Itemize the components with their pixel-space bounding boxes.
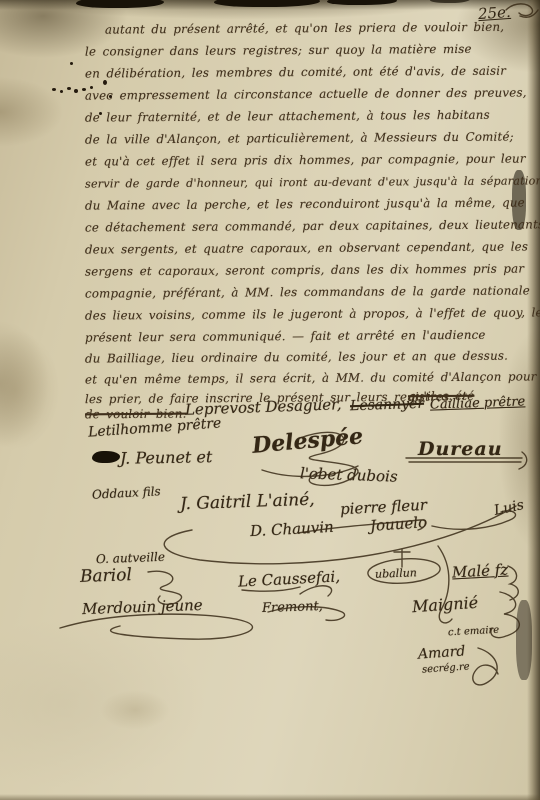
signature-amard: Amard: [417, 643, 465, 662]
manuscript-line: en délibération, les membres du comité, …: [85, 64, 533, 80]
signature-fremont: Fremont,: [262, 599, 323, 616]
paper-stain: [0, 330, 60, 450]
edge-stain: [516, 600, 532, 680]
ink-speck: [74, 89, 78, 93]
ink-blot: [92, 451, 120, 463]
signature-gaitril: J. Gaitril L'ainé,: [180, 490, 315, 515]
manuscript-line: sergens et caporaux, seront compris, dan…: [85, 262, 533, 278]
ink-speck: [70, 62, 73, 65]
signature-cailliae: Cailliae prêtre: [430, 394, 526, 412]
signature-chauvin: D. Chauvin: [250, 518, 335, 540]
signature-autveille: O. autveille: [96, 550, 165, 566]
signature-oddaux: Oddaux fils: [92, 484, 161, 502]
signature-uballun: uballun: [375, 566, 417, 580]
manuscript-line: le consigner dans leurs registres; sur q…: [85, 42, 533, 58]
signature-lobet-dubois: l'obet dubois: [300, 464, 398, 485]
signature-bariol: Bariol: [80, 565, 133, 587]
manuscript-line: ce détachement sera commandé, par deux c…: [85, 218, 533, 234]
manuscript-line: autant du présent arrêté, et qu'on les p…: [105, 20, 540, 36]
signature-jouuelo: Jouuelo: [369, 513, 427, 535]
signature-delespee: Delespée: [251, 423, 364, 459]
paper-stain: [100, 690, 170, 730]
signature-male: Malé fz: [452, 561, 509, 582]
ink-speck: [60, 90, 63, 93]
signature-merdouin: Merdouin jeune: [82, 596, 203, 618]
signature-caussefai: Le Caussefai,: [238, 567, 341, 590]
manuscript-line: et qu'en même temps, il sera écrit, à MM…: [85, 370, 533, 386]
signature-dureau: Dureau: [418, 438, 503, 460]
signature-maignie: Maignié: [411, 593, 478, 617]
manuscript-line: de la ville d'Alançon, et particulièreme…: [85, 130, 533, 146]
ink-speck: [103, 80, 107, 85]
signature-peunet: J. Peunet et: [120, 447, 213, 468]
manuscript-line: du Maine avec la perche, et les recondui…: [85, 196, 533, 212]
manuscript-line: de leur fraternité, et de leur attacheme…: [85, 108, 533, 124]
manuscript-line: présent leur sera communiqué. — fait et …: [85, 328, 533, 344]
manuscript-line: compagnie, préférant, à MM. les commanda…: [85, 284, 533, 300]
ink-speck: [67, 87, 71, 90]
signature-lesannyer-struck: Lesannyer: [350, 396, 425, 415]
manuscript-line: avec empressement la circonstance actuel…: [85, 86, 533, 102]
ink-speck: [52, 88, 56, 91]
manuscript-page: 25e. autant du présent arrêté, et qu'on …: [0, 0, 540, 800]
manuscript-line: deux sergents, et quatre caporaux, en ob…: [85, 240, 533, 256]
signature-luis: Luis: [493, 497, 526, 519]
aged-bottom-edge: [0, 794, 540, 800]
signature-secretaire: secrég.re: [422, 661, 470, 675]
manuscript-line: et qu'à cet effet il sera pris dix homme…: [85, 152, 533, 168]
manuscript-line: des lieux voisins, comme ils le jugeront…: [85, 306, 533, 322]
manuscript-line: du Bailliage, lieu ordinaire du comité, …: [85, 349, 533, 365]
signature-emaire: c.t emaire: [448, 625, 500, 639]
manuscript-line: servir de garde d'honneur, qui iront au-…: [85, 174, 533, 190]
